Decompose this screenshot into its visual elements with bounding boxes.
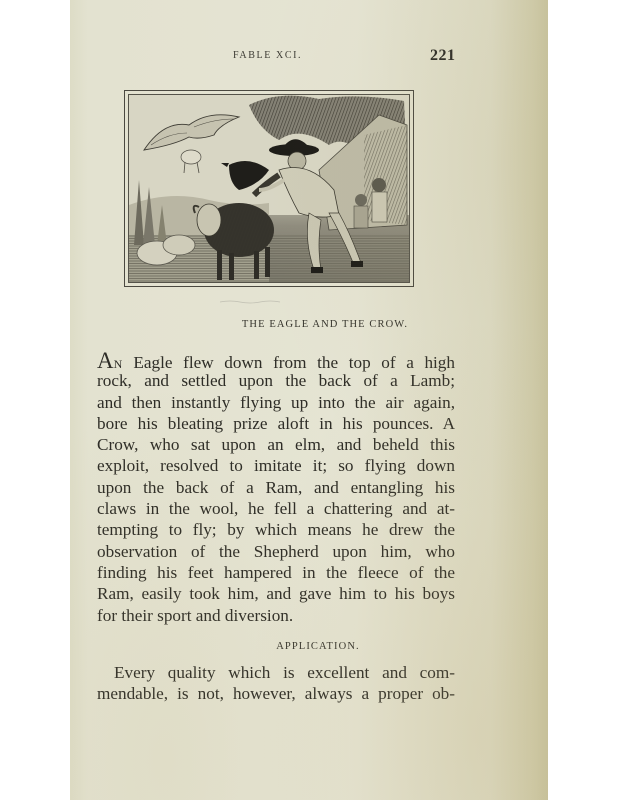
application-line-1: Every quality which is excellent and com…	[97, 662, 455, 683]
fable-line-4: bore his bleating prize aloft in his pou…	[97, 413, 455, 434]
fable-line-10: observation of the Shepherd upon him, wh…	[97, 541, 455, 562]
engraving-illustration	[124, 90, 414, 287]
fable-line-11: finding his feet hampered in the fleece …	[97, 562, 455, 583]
fable-title-text: THE EAGLE AND THE CROW.	[242, 319, 408, 330]
running-title: FABLE XCI.	[233, 50, 302, 61]
small-cap: N	[114, 357, 123, 371]
application-heading-text: APPLICATION.	[276, 641, 360, 652]
engraver-credit	[220, 290, 320, 296]
fable-line-12: Ram, easily took him, and gave him to hi…	[97, 583, 455, 604]
application-heading: APPLICATION.	[70, 641, 548, 652]
fable-line-5: Crow, who sat upon an elm, and beheld th…	[97, 434, 455, 455]
fable-line-6: exploit, resolved to imitate it; so flyi…	[97, 455, 455, 476]
book-page: FABLE XCI. 221	[70, 0, 548, 800]
fable-line-9: tempting to fly; by which means he drew …	[97, 519, 455, 540]
fable-line-8: claws in the wool, he fell a chattering …	[97, 498, 455, 519]
fable-line-3: and then instantly flying up into the ai…	[97, 392, 455, 413]
fable-title: THE EAGLE AND THE CROW.	[70, 319, 548, 330]
page-number: 221	[430, 47, 456, 65]
engraving-frame	[128, 94, 410, 283]
drop-cap: A	[97, 348, 114, 373]
application-body: Every quality which is excellent and com…	[97, 662, 455, 705]
fable-line-13: for their sport and diversion.	[97, 605, 455, 626]
fable-line-2: rock, and settled upon the back of a Lam…	[97, 370, 455, 391]
fable-line-7: upon the back of a Ram, and entangling h…	[97, 477, 455, 498]
fable-body: AN Eagle flew down from the top of a hig…	[97, 349, 455, 626]
fable-line-1: AN Eagle flew down from the top of a hig…	[97, 349, 455, 370]
application-line-2: mendable, is not, however, always a prop…	[97, 683, 455, 704]
eagle-crow-scene-illustration	[129, 95, 409, 282]
running-head: FABLE XCI. 221	[70, 49, 548, 65]
